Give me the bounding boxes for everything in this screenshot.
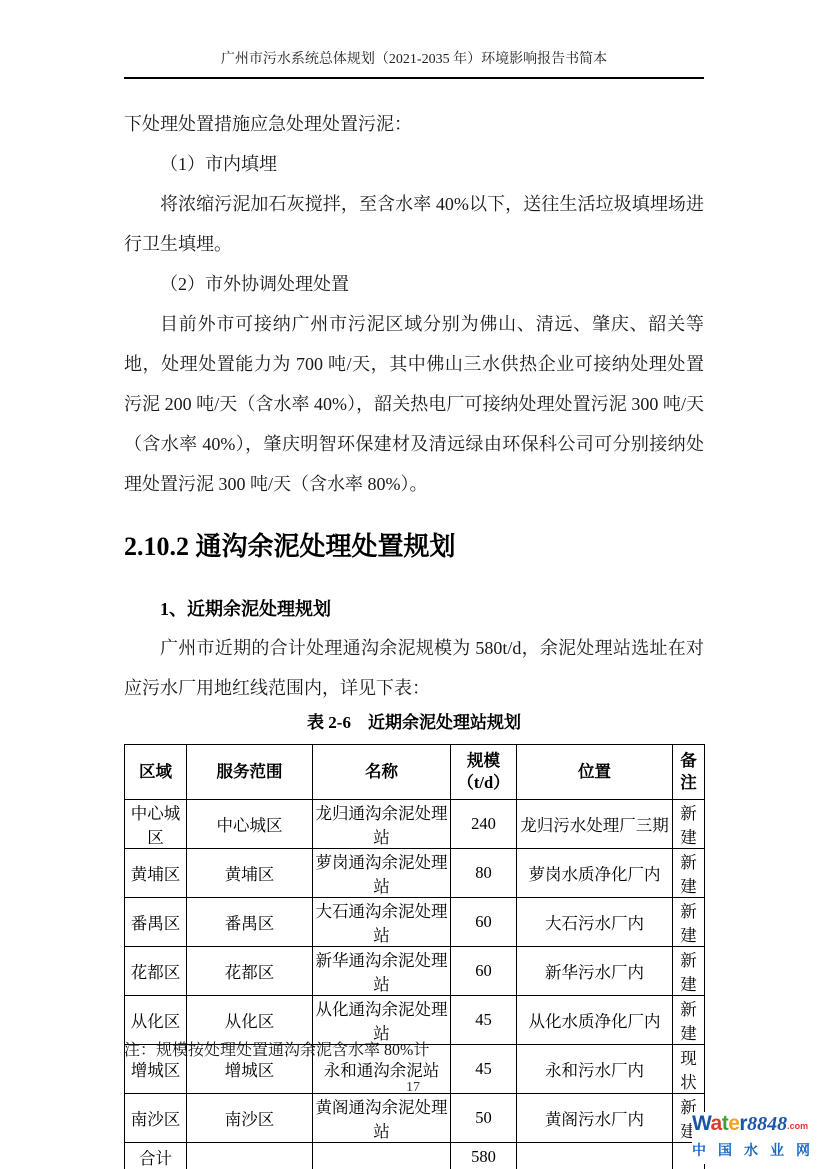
table-cell: 大石通沟余泥处理站 — [313, 898, 451, 947]
table-row: 南沙区南沙区黄阁通沟余泥处理站50黄阁污水厂内新建 — [125, 1094, 705, 1143]
table-cell: 中心城区 — [187, 800, 313, 849]
table-cell: 50 — [451, 1094, 517, 1143]
table-cell: 45 — [451, 996, 517, 1045]
logo-word: Water — [692, 1112, 747, 1135]
table-note: 注：规模按处理处置通沟余泥含水率 80%计 — [124, 1040, 704, 1062]
table-cell: 新建 — [673, 996, 705, 1045]
sub-heading: 1、近期余泥处理规划 — [124, 594, 704, 624]
table-cell: 番禺区 — [187, 898, 313, 947]
table-cell: 580 — [451, 1143, 517, 1169]
table-cell: 黄阁污水厂内 — [517, 1094, 673, 1143]
table-cell: 花都区 — [125, 947, 187, 996]
table-cell: 60 — [451, 898, 517, 947]
document-page: 广州市污水系统总体规划（2021-2035 年）环境影响报告书简本 下处理处置措… — [0, 0, 826, 1169]
table-row: 番禺区番禺区大石通沟余泥处理站60大石污水厂内新建 — [125, 898, 705, 947]
table-cell: 从化区 — [187, 996, 313, 1045]
table-cell: 龙归污水处理厂三期 — [517, 800, 673, 849]
plan-table: 区域 服务范围 名称 规模 （t/d） 位置 备注 中心城区中心城区龙归通沟余泥… — [124, 744, 705, 1169]
table-cell — [187, 1143, 313, 1169]
table-row: 从化区从化区从化通沟余泥处理站45从化水质净化厂内新建 — [125, 996, 705, 1045]
table-cell: 80 — [451, 849, 517, 898]
logo-subtitle: 中国水业网 — [692, 1140, 826, 1160]
table-cell: 从化区 — [125, 996, 187, 1045]
logo-letter: W — [692, 1112, 711, 1135]
paragraph-plan: 广州市近期的合计处理通沟余泥规模为 580t/d，余泥处理站选址在对应污水厂用地… — [124, 628, 704, 708]
table-cell: 从化水质净化厂内 — [517, 996, 673, 1045]
item1-text: 将浓缩污泥加石灰搅拌，至含水率 40%以下，送往生活垃圾填埋场进行卫生填埋。 — [124, 184, 704, 264]
logo-letter: r — [739, 1112, 747, 1135]
table-row: 花都区花都区新华通沟余泥处理站60新华污水厂内新建 — [125, 947, 705, 996]
section-heading: 2.10.2 通沟余泥处理处置规划 — [124, 530, 704, 564]
table-cell: 大石污水厂内 — [517, 898, 673, 947]
col-header-remark: 备注 — [673, 745, 705, 800]
table-cell: 南沙区 — [125, 1094, 187, 1143]
logo-line1: Water8848.com — [692, 1112, 826, 1138]
col-header-region: 区域 — [125, 745, 187, 800]
page-number: 17 — [0, 1080, 826, 1096]
logo-letter: e — [728, 1112, 739, 1135]
body-content: 下处理处置措施应急处理处置污泥： （1）市内填埋 将浓缩污泥加石灰搅拌，至含水率… — [124, 104, 704, 504]
table-cell: 花都区 — [187, 947, 313, 996]
table-cell: 南沙区 — [187, 1094, 313, 1143]
col-header-service: 服务范围 — [187, 745, 313, 800]
header-rule — [124, 77, 704, 79]
table-cell — [313, 1143, 451, 1169]
table-cell: 新建 — [673, 800, 705, 849]
table-cell: 番禺区 — [125, 898, 187, 947]
item2-text: 目前外市可接纳广州市污泥区域分别为佛山、清远、肇庆、韶关等地，处理处置能力为 7… — [124, 304, 704, 504]
logo-letter: a — [711, 1112, 722, 1135]
col-header-location: 位置 — [517, 745, 673, 800]
table-header-row: 区域 服务范围 名称 规模 （t/d） 位置 备注 — [125, 745, 705, 800]
table-caption: 表 2-6 近期余泥处理站规划 — [124, 710, 704, 736]
table-cell: 萝岗水质净化厂内 — [517, 849, 673, 898]
table-cell: 从化通沟余泥处理站 — [313, 996, 451, 1045]
running-header: 广州市污水系统总体规划（2021-2035 年）环境影响报告书简本 — [124, 50, 704, 70]
table-cell: 新建 — [673, 849, 705, 898]
table-cell: 新华通沟余泥处理站 — [313, 947, 451, 996]
table-cell: 黄埔区 — [187, 849, 313, 898]
table-cell: 新建 — [673, 947, 705, 996]
table-cell: 中心城区 — [125, 800, 187, 849]
table-cell: 黄埔区 — [125, 849, 187, 898]
logo-tld: .com — [787, 1121, 808, 1131]
table-row: 合计580 — [125, 1143, 705, 1169]
item1-title: （1）市内填埋 — [124, 144, 704, 184]
col-header-scale: 规模 （t/d） — [451, 745, 517, 800]
col-header-name: 名称 — [313, 745, 451, 800]
table-cell: 黄阁通沟余泥处理站 — [313, 1094, 451, 1143]
logo-number: 8848 — [747, 1113, 787, 1135]
table-body: 中心城区中心城区龙归通沟余泥处理站240龙归污水处理厂三期新建黄埔区黄埔区萝岗通… — [125, 800, 705, 1169]
table-cell: 萝岗通沟余泥处理站 — [313, 849, 451, 898]
table-cell — [517, 1143, 673, 1169]
table-cell: 新建 — [673, 898, 705, 947]
table-cell: 龙归通沟余泥处理站 — [313, 800, 451, 849]
table-cell: 合计 — [125, 1143, 187, 1169]
water8848-logo: Water8848.com 中国水业网 — [692, 1112, 826, 1164]
paragraph-intro: 下处理处置措施应急处理处置污泥： — [124, 104, 704, 144]
item2-title: （2）市外协调处理处置 — [124, 264, 704, 304]
table-cell: 60 — [451, 947, 517, 996]
table-cell: 240 — [451, 800, 517, 849]
table-row: 中心城区中心城区龙归通沟余泥处理站240龙归污水处理厂三期新建 — [125, 800, 705, 849]
table-cell: 新华污水厂内 — [517, 947, 673, 996]
table-row: 黄埔区黄埔区萝岗通沟余泥处理站80萝岗水质净化厂内新建 — [125, 849, 705, 898]
